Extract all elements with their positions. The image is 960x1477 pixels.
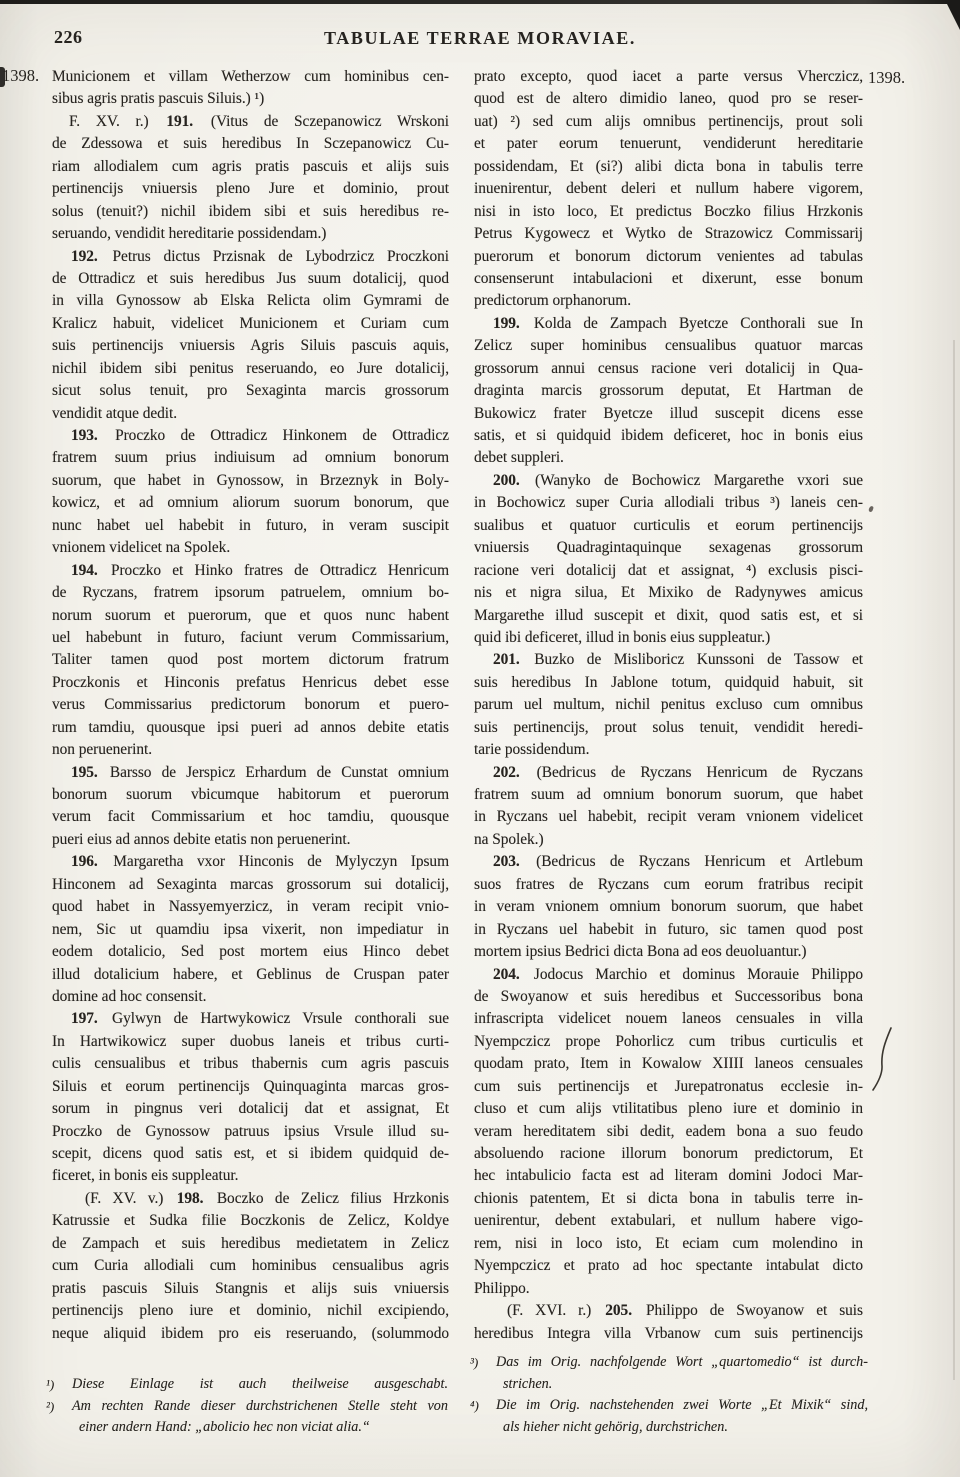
text-line: 195. Barsso de Jerspicz Erhardum de Cuns… xyxy=(52,762,449,784)
text-line: pueri eius ad annos debite etatis non pe… xyxy=(52,829,449,851)
text-line: draginta marcis grossorum deputat, Et Ha… xyxy=(474,380,863,402)
text-line: 193. Proczko de Ottradicz Hinkonem de Ot… xyxy=(52,425,449,447)
text-line: suis pertinencijs vniuersis Agris Siluis… xyxy=(52,335,449,357)
text-line: vniuersis Quadragintaquinque sexagenas g… xyxy=(474,537,863,559)
text-line: Margarethe illud suscepit et dixit, quod… xyxy=(474,605,863,627)
text-line: Proczkonis et Hinconis prefatus Henricus… xyxy=(52,672,449,694)
text-line: satis, et si quidquid ibidem deficeret, … xyxy=(474,425,863,447)
text-line: Katrussie et Sudka filie Boczkonis de Ze… xyxy=(52,1210,449,1232)
entry-number: 202. xyxy=(493,764,520,781)
text-line: in Ryczans uel habebit in futuro, sic ta… xyxy=(474,919,863,941)
text-line: 200. (Wanyko de Bochowicz Margarethe vxo… xyxy=(474,470,863,492)
text-line: cum suis pertinencijs et Jurepatronatus … xyxy=(474,1076,863,1098)
text-line: sicut solus tenuit, pro Sexaginta marcis… xyxy=(52,380,449,402)
text-line: verum facit Commissarium et hoc tamdiu, … xyxy=(52,806,449,828)
entry-number: 203. xyxy=(493,853,520,870)
text-line: (F. XV. v.) 198. Boczko de Zelicz filius… xyxy=(52,1188,449,1210)
scanned-book-page: 226 TABULAE TERRAE MORAVIAE. 1398. 1398.… xyxy=(0,0,960,1477)
text-line: suis heredibus In Jablone totum, quidqui… xyxy=(474,672,863,694)
text-line: sualibus et quatuor curticulis et eorum … xyxy=(474,515,863,537)
text-line: uenirentur, debent extabulari, et nullum… xyxy=(474,1210,863,1232)
text-line: quid ibi deficeret, illud in bonis eius … xyxy=(474,627,863,649)
text-line: uat) ²) sed cum alijs omnibus pertinenci… xyxy=(474,111,863,133)
text-line: illud dotalicium habere, et Geblinus de … xyxy=(52,964,449,986)
text-line: norum suorum et puerorum, que et quos nu… xyxy=(52,605,449,627)
text-line: kowicz, et ad omnium aliorum suorum bono… xyxy=(52,492,449,514)
footnote-marker: ¹) xyxy=(46,1374,54,1396)
text-line: cluso et cum alijs vtilitatibus pleno iu… xyxy=(474,1098,863,1120)
text-line: nunc habet uel habebit in futuro, in ver… xyxy=(52,515,449,537)
text-line: tarie possidendum. xyxy=(474,739,863,761)
text-line: 201. Buzko de Misliboricz Kunssoni de Ta… xyxy=(474,649,863,671)
text-line: scepit, dicens quod satis est, et si ibi… xyxy=(52,1143,449,1165)
text-line: uel habebunt in futuro, faciunt verum Co… xyxy=(52,627,449,649)
text-line: suorum, que habet in Gynossow, in Brzezn… xyxy=(52,470,449,492)
entry-number: 204. xyxy=(493,966,520,983)
text-line: in veram vnionem omnium bonorum suorum, … xyxy=(474,896,863,918)
text-line: ficeret, in bonis eis suppleatur. xyxy=(52,1165,449,1187)
footnote-line: ³)Das im Orig. nachfolgende Wort „quarto… xyxy=(470,1352,868,1374)
text-line: 202. (Bedricus de Ryczans Henricum de Ry… xyxy=(474,762,863,784)
entry-number: 198. xyxy=(177,1190,204,1207)
text-line: solus (tenuit?) nichil ibidem sibi et su… xyxy=(52,201,449,223)
text-line: als hieher nicht gehörig, durchstrichen. xyxy=(470,1417,868,1439)
text-line: seruando, vendidit hereditarie possidend… xyxy=(52,223,449,245)
running-title: TABULAE TERRAE MORAVIAE. xyxy=(0,28,960,49)
text-line: F. XV. r.) 191. (Vitus de Sczepanowicz W… xyxy=(52,111,449,133)
text-line: et pater eorum tenuerunt, vendiderunt he… xyxy=(474,133,863,155)
margin-year-right: 1398. xyxy=(868,68,905,88)
footnote-marker: ³) xyxy=(470,1352,478,1374)
text-line: de Zampach et suis heredibus medietatem … xyxy=(52,1233,449,1255)
text-line: 199. Kolda de Zampach Byetcze Conthorali… xyxy=(474,313,863,335)
text-line: absoluendo racione illorum bonorum predi… xyxy=(474,1143,863,1165)
text-line: 203. (Bedricus de Ryczans Henricum et Ar… xyxy=(474,851,863,873)
text-line: sibus agris pratis pascuis Siluis.) ¹) xyxy=(52,88,449,110)
text-line: nisi in isto loco, Et predictus Boczko f… xyxy=(474,201,863,223)
text-line: fratrem suum ad omnium bonorum suorum, q… xyxy=(474,784,863,806)
entry-number: 201. xyxy=(493,651,520,668)
text-line: racione veri dotalicij dat et assignat, … xyxy=(474,560,863,582)
text-line: hec intabulicio facta est ad literam dom… xyxy=(474,1165,863,1187)
text-line: fratrem suum prius indiuisum ad omnium b… xyxy=(52,447,449,469)
text-line: na Spolek.) xyxy=(474,829,863,851)
entry-number: 199. xyxy=(493,315,520,332)
text-line: einer andern Hand: „abolicio hec non vic… xyxy=(46,1417,448,1439)
text-line: cum Curia allodiali cum hominibus censua… xyxy=(52,1255,449,1277)
text-line: 197. Gylwyn de Hartwykowicz Vrsule conth… xyxy=(52,1008,449,1030)
entry-number: 196. xyxy=(71,853,98,870)
text-line: Hinconem ad Sexaginta marcas grossorum s… xyxy=(52,874,449,896)
text-line: eodem dotalicio, Sed post mortem eius Hi… xyxy=(52,941,449,963)
text-line: 192. Petrus dictus Przisnak de Lybodrzic… xyxy=(52,246,449,268)
footnote-marker: ⁴) xyxy=(470,1395,479,1417)
text-line: Proczko de Gynossow patruus ipsius Vrsul… xyxy=(52,1121,449,1143)
text-line: riam allodialem cum agris pratis pascuis… xyxy=(52,156,449,178)
margin-ink-stroke xyxy=(872,1026,896,1094)
text-line: Zelicz super hominibus censualibus quatu… xyxy=(474,335,863,357)
text-line: 194. Proczko et Hinko fratres de Ottradi… xyxy=(52,560,449,582)
footnote-line: ²)Am rechten Rande dieser durchstrichene… xyxy=(46,1396,448,1418)
text-line: nis et nigra silua, Et Mixiko de Radynyw… xyxy=(474,582,863,604)
text-line: heredibus Integra villa Vrbanow cum suis… xyxy=(474,1323,863,1345)
text-column-left: Municionem et villam Wetherzow cum homin… xyxy=(52,66,449,1345)
footnote-line: ⁴)Die im Orig. nachstehenden zwei Worte … xyxy=(470,1395,868,1417)
entry-number: 191. xyxy=(166,113,193,130)
text-line: de Ryczans, fratrem ipsorum patruelem, o… xyxy=(52,582,449,604)
entry-number: 197. xyxy=(71,1010,98,1027)
text-line: Municionem et villam Wetherzow cum homin… xyxy=(52,66,449,88)
text-line: prato excepto, quod iacet a parte versus… xyxy=(474,66,863,88)
text-line: nem, Sic ut quamdiu ipsa vixerit, non im… xyxy=(52,919,449,941)
text-column-right: prato excepto, quod iacet a parte versus… xyxy=(474,66,863,1345)
text-line: 204. Jodocus Marchio et dominus Morauie … xyxy=(474,964,863,986)
text-line: grossorum annui census racione veri dota… xyxy=(474,358,863,380)
text-line: Nyempczicz et prato ad hoc spectante int… xyxy=(474,1255,863,1277)
text-line: Philippo. xyxy=(474,1278,863,1300)
text-line: de Zdessowa et suis heredibus In Sczepan… xyxy=(52,133,449,155)
text-line: in villa Gynossow ab Elska Relicta olim … xyxy=(52,290,449,312)
text-line: culis censualibus et tribus thabernis cu… xyxy=(52,1053,449,1075)
footnotes-left: ¹)Diese Einlage ist auch theilweise ausg… xyxy=(46,1374,448,1439)
text-line: Nyempczicz prope Pohorlicz cum tribus cu… xyxy=(474,1031,863,1053)
scan-vertical-line xyxy=(953,340,955,1380)
entry-number: 200. xyxy=(493,472,520,489)
text-line: quod est de altero dimidio laneo, quod p… xyxy=(474,88,863,110)
margin-year-left: 1398. xyxy=(2,66,39,86)
text-line: in Ryczans uel habebit, recipit veram vn… xyxy=(474,806,863,828)
text-line: predictorum orphanorum. xyxy=(474,290,863,312)
text-line: sorum in pingnus veri dotalicij dat et a… xyxy=(52,1098,449,1120)
text-line: de Swoyanow et suis heredibus et Success… xyxy=(474,986,863,1008)
text-line: Kralicz habuit, videlicet Municionem et … xyxy=(52,313,449,335)
text-line: inuenirentur, debent deleri et nullum ha… xyxy=(474,178,863,200)
text-line: possidendam, Et (si?) alibi dicta bona i… xyxy=(474,156,863,178)
entry-number: 195. xyxy=(71,764,98,781)
text-line: puerorum et bonorum dictorum venientes a… xyxy=(474,246,863,268)
text-line: Taliter tamen quod post mortem dictorum … xyxy=(52,649,449,671)
text-line: 196. Margaretha vxor Hinconis de Mylyczy… xyxy=(52,851,449,873)
entry-number: 194. xyxy=(71,562,98,579)
text-line: non peruenerint. xyxy=(52,739,449,761)
footnote-marker: ²) xyxy=(46,1396,54,1418)
text-line: rum tamdiu, quousque ipsi pueri ad annos… xyxy=(52,717,449,739)
text-line: bonorum suorum vbicumque habitorum et pu… xyxy=(52,784,449,806)
text-line: vnionem videlicet na Spolek. xyxy=(52,537,449,559)
footnotes-right: ³)Das im Orig. nachfolgende Wort „quarto… xyxy=(470,1352,868,1438)
text-line: domine ad hoc consensit. xyxy=(52,986,449,1008)
text-line: veram hereditatem sibi dedit, eadem bona… xyxy=(474,1121,863,1143)
text-line: in Bochowicz super Curia allodiali tribu… xyxy=(474,492,863,514)
text-line: nichil ibidem sibi penitus reseruando, e… xyxy=(52,358,449,380)
text-line: debet suppleri. xyxy=(474,447,863,469)
text-line: verus Commissarius predictorum bonorum e… xyxy=(52,694,449,716)
entry-number: 192. xyxy=(71,248,98,265)
text-line: quod habet in Nassyemyerzicz, in veram r… xyxy=(52,896,449,918)
text-line: de Ottradicz et suis heredibus Jus suum … xyxy=(52,268,449,290)
text-line: Siluis et eorum pertinencijs Quinquagint… xyxy=(52,1076,449,1098)
text-line: rem, nisi in loco isto, Et eciam cum mol… xyxy=(474,1233,863,1255)
text-line: neque aliquid ibidem pro eis reseruando,… xyxy=(52,1323,449,1345)
entry-number: 205. xyxy=(605,1302,632,1319)
text-line: suis pertinencijs, prout solus tenuit, v… xyxy=(474,717,863,739)
scan-edge-top xyxy=(0,0,960,4)
text-line: (F. XVI. r.) 205. Philippo de Swoyanow e… xyxy=(474,1300,863,1322)
text-line: quodam prato, Item in Kowalow XIIII lane… xyxy=(474,1053,863,1075)
text-line: parum uel multum, nichil penitus excluso… xyxy=(474,694,863,716)
text-line: chionis patentem, Et si dicta bona in ta… xyxy=(474,1188,863,1210)
text-line: pertinencijs vniuersis pleno Jure et dom… xyxy=(52,178,449,200)
text-line: Petrus Kygowecz et Wytko de Strazowicz C… xyxy=(474,223,863,245)
text-line: pertinencijs pleno iure et dominio, nich… xyxy=(52,1300,449,1322)
text-line: suos fratres de Ryczans cum eorum fratri… xyxy=(474,874,863,896)
text-line: infrascripta videlicet nouem laneos cens… xyxy=(474,1008,863,1030)
text-line: vendidit atque dedit. xyxy=(52,403,449,425)
scan-corner-top-right xyxy=(945,0,960,30)
text-line: In Hartwikowicz super duobus laneis et t… xyxy=(52,1031,449,1053)
text-line: mortem ipsius Bedrici dicta Bona ad eos … xyxy=(474,941,863,963)
text-line: strichen. xyxy=(470,1374,868,1396)
entry-number: 193. xyxy=(71,427,98,444)
text-line: pratis pascuis Siluis Stangnis et alijs … xyxy=(52,1278,449,1300)
footnote-line: ¹)Diese Einlage ist auch theilweise ausg… xyxy=(46,1374,448,1396)
text-line: consenserunt intabulacioni et dixerunt, … xyxy=(474,268,863,290)
text-line: Bukowicz frater Byetcze illud suscepit d… xyxy=(474,403,863,425)
margin-ink-speck xyxy=(868,505,874,512)
